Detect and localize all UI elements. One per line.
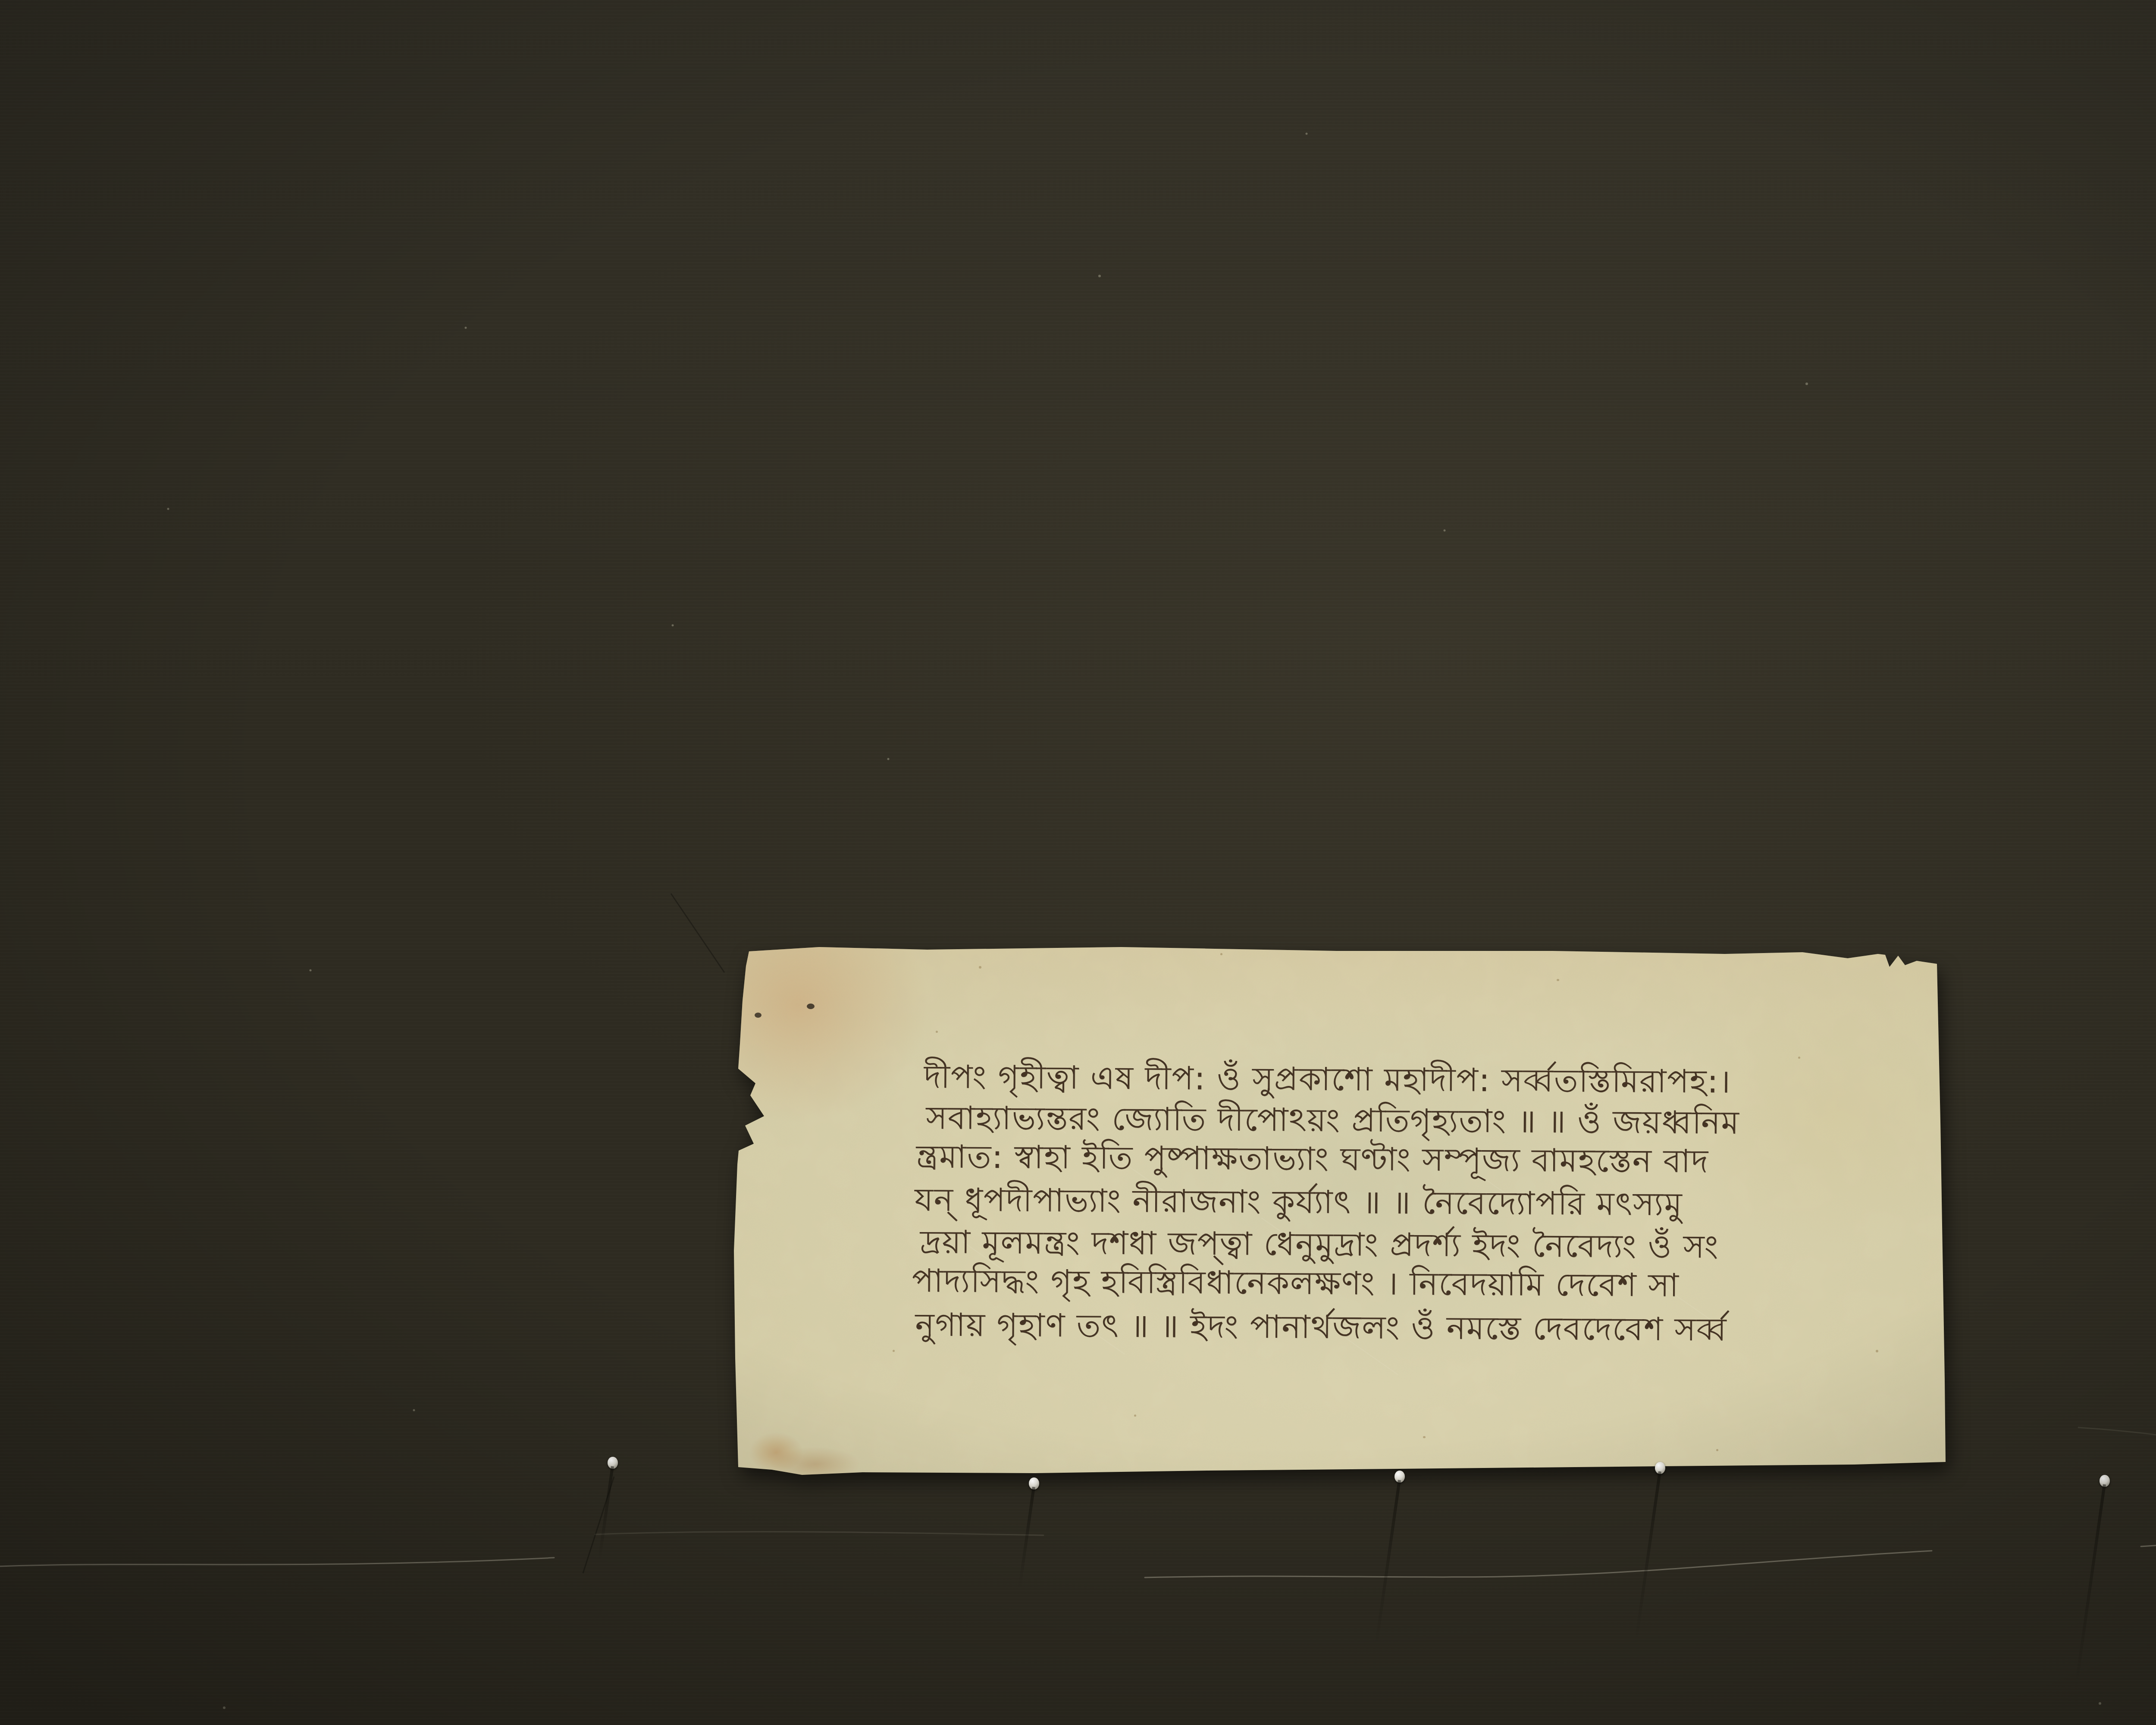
photo-vignette: [0, 0, 2156, 1725]
manuscript-photograph: দীপং গৃহীত্বা এষ দীপ: ওঁ সুপ্রকাশো মহাদী…: [0, 0, 2156, 1725]
